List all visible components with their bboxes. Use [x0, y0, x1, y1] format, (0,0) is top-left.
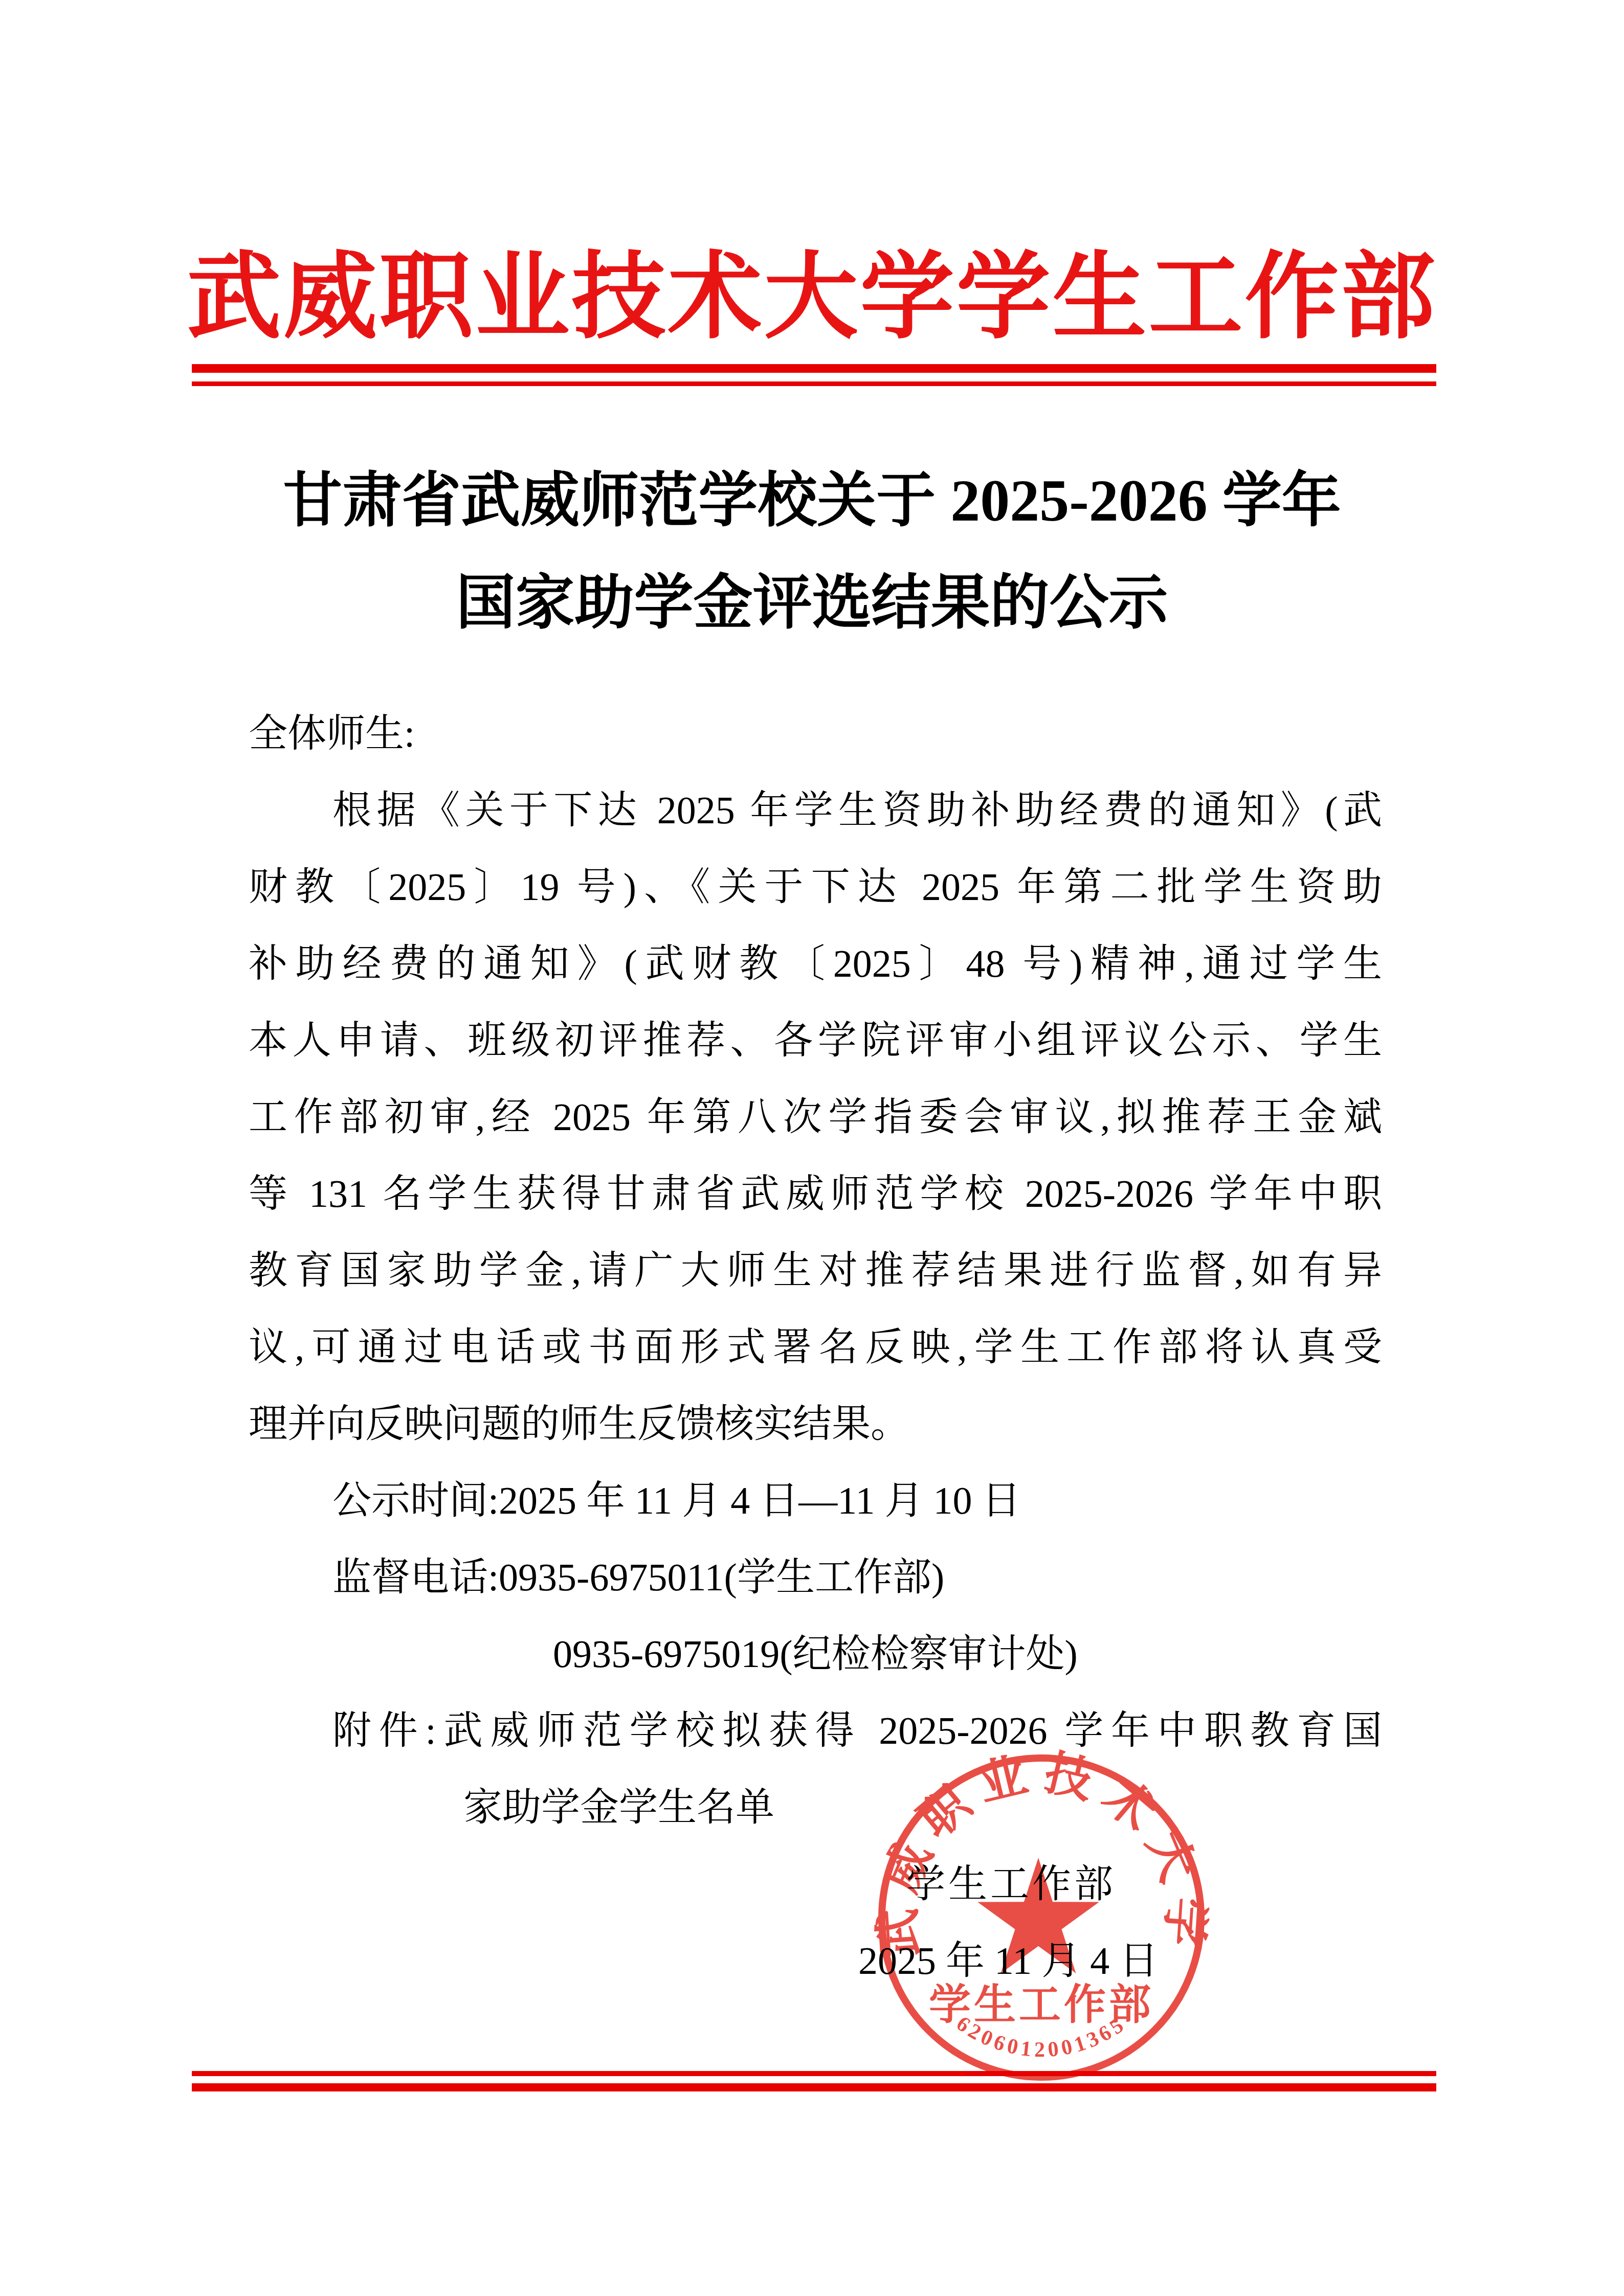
document-title: 甘肃省武威师范学校关于 2025-2026 学年 国家助学金评选结果的公示	[0, 450, 1624, 655]
body-line: 理并向反映问题的师生反馈核实结果。	[249, 1386, 1382, 1462]
body-line: 财教〔2025〕19 号)、《关于下达 2025 年第二批学生资助	[249, 849, 1382, 926]
official-notice-document: 武威职业技术大学学生工作部 甘肃省武威师范学校关于 2025-2026 学年 国…	[0, 0, 1624, 2296]
publicity-period-line: 公示时间:2025 年 11 月 4 日—11 月 10 日	[249, 1462, 1382, 1539]
body-line: 等 131 名学生获得甘肃省武威师范学校 2025-2026 学年中职	[249, 1156, 1382, 1232]
letterhead-rule-thick	[192, 364, 1436, 373]
footer-rule-thick	[192, 2083, 1436, 2091]
body-line: 本人申请、班级初评推荐、各学院评审小组评议公示、学生	[249, 1002, 1382, 1079]
document-body: 全体师生: 根据《关于下达 2025 年学生资助补助经费的通知》(武 财教〔20…	[249, 695, 1382, 1999]
document-title-line-2: 国家助学金评选结果的公示	[0, 552, 1624, 655]
supervision-phone-line: 监督电话:0935-6975011(学生工作部)	[249, 1539, 1382, 1616]
signature-department: 学生工作部	[249, 1846, 1382, 1923]
body-line: 工作部初审,经 2025 年第八次学指委会审议,拟推荐王金斌	[249, 1079, 1382, 1156]
attachment-line-2: 家助学金学生名单	[249, 1769, 1382, 1846]
letterhead-org-title: 武威职业技术大学学生工作部	[0, 241, 1624, 354]
signature-date: 2025 年 11 月 4 日	[249, 1923, 1382, 1999]
seal-serial-number: 6206012001365	[952, 2012, 1131, 2062]
body-line: 补助经费的通知》(武财教〔2025〕48 号)精神,通过学生	[249, 926, 1382, 1002]
body-line: 教育国家助学金,请广大师生对推荐结果进行监督,如有异	[249, 1232, 1382, 1309]
footer-rule-thin	[192, 2071, 1436, 2076]
body-line: 议,可通过电话或书面形式署名反映,学生工作部将认真受	[249, 1309, 1382, 1386]
supervision-phone-line-2: 0935-6975019(纪检检察审计处)	[249, 1616, 1382, 1693]
body-line: 根据《关于下达 2025 年学生资助补助经费的通知》(武	[249, 772, 1382, 849]
salutation-line: 全体师生:	[249, 695, 1382, 772]
attachment-line: 附件:武威师范学校拟获得 2025-2026 学年中职教育国	[249, 1693, 1382, 1769]
letterhead-rule-thin	[192, 381, 1436, 386]
document-title-line-1: 甘肃省武威师范学校关于 2025-2026 学年	[0, 450, 1624, 552]
